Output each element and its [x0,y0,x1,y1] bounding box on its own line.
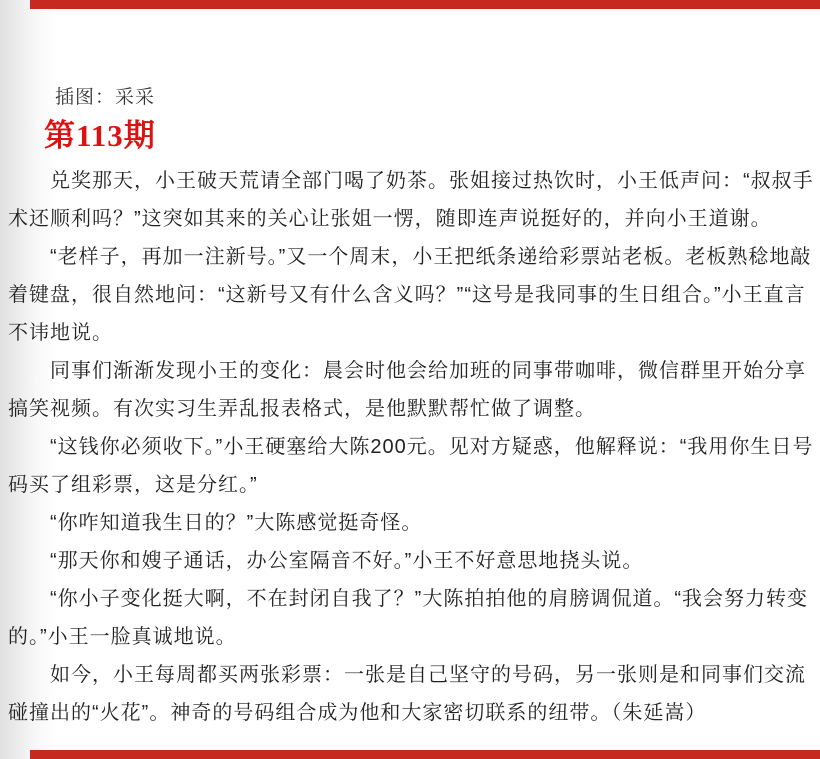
paragraph-line: “那天你和嫂子通话，办公室隔音不好。”小王不好意思地挠头说。 [8,542,818,580]
article-body: 兑奖那天，小王破天荒请全部门喝了奶茶。张姐接过热饮时，小王低声问：“叔叔手术还顺… [8,162,818,732]
paragraph-line: “这钱你必须收下。”小王硬塞给大陈200元。见对方疑惑，他解释说：“我用你生日号 [8,428,818,466]
paragraph-line: 术还顺利吗？”这突如其来的关心让张姐一愣，随即连声说挺好的，并向小王道谢。 [8,200,818,238]
paragraph-line: 兑奖那天，小王破天荒请全部门喝了奶茶。张姐接过热饮时，小王低声问：“叔叔手 [8,162,818,200]
paragraph-line: 不讳地说。 [8,314,818,352]
paragraph-line: “你咋知道我生日的？”大陈感觉挺奇怪。 [8,504,818,542]
bottom-accent-bar [30,750,820,759]
paragraph-line: 码买了组彩票，这是分红。” [8,466,818,504]
top-accent-bar [30,0,820,9]
paragraph-line: 着键盘，很自然地问：“这新号又有什么含义吗？”“这号是我同事的生日组合。”小王直… [8,276,818,314]
issue-heading: 第113期 [44,117,156,155]
magazine-page: 插图：采采 第113期 兑奖那天，小王破天荒请全部门喝了奶茶。张姐接过热饮时，小… [0,0,820,759]
paragraph-line: 如今，小王每周都买两张彩票：一张是自己坚守的号码，另一张则是和同事们交流 [8,656,818,694]
paragraph-line: “你小子变化挺大啊，不在封闭自我了？”大陈拍拍他的肩膀调侃道。“我会努力转变 [8,580,818,618]
paragraph-line: 的。”小王一脸真诚地说。 [8,618,818,656]
illustration-caption: 插图：采采 [55,87,155,109]
paragraph-line: 同事们渐渐发现小王的变化：晨会时他会给加班的同事带咖啡，微信群里开始分享 [8,352,818,390]
paragraph-line: 搞笑视频。有次实习生弄乱报表格式，是他默默帮忙做了调整。 [8,390,818,428]
paragraph-line: “老样子，再加一注新号。”又一个周末，小王把纸条递给彩票站老板。老板熟稔地敲 [8,238,818,276]
paragraph-line: 碰撞出的“火花”。神奇的号码组合成为他和大家密切联系的纽带。（朱延嵩） [8,694,818,732]
